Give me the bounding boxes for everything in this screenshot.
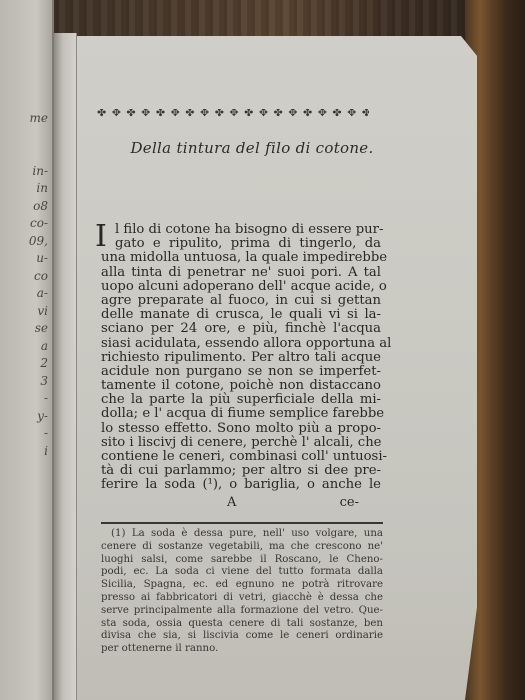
footnote-rule (101, 522, 383, 524)
facing-fragment: y- (0, 408, 48, 426)
footnote-line: (1) La soda è dessa pure, nell' uso volg… (101, 528, 383, 541)
ornament-border-icon: ✤ ✥ ✤ ✥ ✤ ✥ ✤ ✥ ✤ ✥ ✤ ✥ ✤ ✥ ✤ ✥ ✤ ✥ ✤ ✥ … (97, 109, 369, 129)
facing-fragment: i (0, 443, 48, 461)
body-line: uopo alcuni adoperano dell' acque acide,… (101, 280, 381, 294)
body-line: richiesto ripulimento. Per altro tali ac… (101, 351, 381, 365)
footnote-line: serve principalmente alla formazione del… (101, 605, 383, 618)
footnote-line: per ottenerne il ranno. (101, 643, 383, 656)
footnote-line: presso ai fabbricatori di vetri, giacchè… (101, 592, 383, 605)
body-line: alla tinta di penetrar ne' suoi pori. A … (101, 266, 381, 280)
body-text: I l filo di cotone ha bisogno di essere … (101, 223, 381, 493)
footnote-line: sta soda, ossia questa cenere di tali so… (101, 618, 383, 631)
binding-gutter (54, 33, 77, 700)
body-line: delle manate di crusca, le quali vi si l… (101, 308, 381, 322)
drop-cap: I (95, 224, 107, 250)
body-line: siasi acidulata, essendo allora opportun… (101, 337, 381, 351)
body-line: che la parte la più superficiale della m… (101, 393, 381, 407)
body-line: contiene le ceneri, combinasi coll' untu… (101, 450, 381, 464)
facing-fragment: - (0, 425, 48, 443)
facing-fragment: in- (0, 163, 48, 181)
body-line: dolla; e l' acqua di fiume semplice fare… (101, 407, 381, 421)
facing-fragment: in (0, 180, 48, 198)
footnote-line: podi, ec. La soda ci viene del tutto for… (101, 566, 383, 579)
facing-fragment: me (0, 110, 48, 128)
facing-fragment: - (0, 390, 48, 408)
body-line: sito i liscivj di cenere, perchè l' alca… (101, 436, 381, 450)
facing-fragment (0, 145, 48, 163)
footnote-line: Sicilia, Spagna, ec. ed egnuno ne potrà … (101, 579, 383, 592)
body-line: gato e ripulito, prima di tingerlo, da (101, 237, 381, 251)
facing-fragment: vi (0, 303, 48, 321)
footnote-line: divisa che sia, si liscivia come le cene… (101, 630, 383, 643)
facing-page-edge: me in- in o8 co- 09, u- co a- vi se a 2 … (0, 0, 54, 700)
body-line: lo stesso effetto. Sono molto più a prop… (101, 422, 381, 436)
body-line: acidule non purgano se non se imperfet- (101, 365, 381, 379)
catchword: ce- (340, 495, 359, 510)
footnote: (1) La soda è dessa pure, nell' uso volg… (101, 528, 383, 656)
body-line: agre preparate al fuoco, in cui si getta… (101, 294, 381, 308)
facing-fragment: u- (0, 250, 48, 268)
facing-fragment: 09, (0, 233, 48, 251)
facing-fragment: a- (0, 285, 48, 303)
footnote-line: cenere di sostanze vegetabili, ma che cr… (101, 541, 383, 554)
body-line: l filo di cotone ha bisogno di essere pu… (101, 223, 381, 237)
book-page: ✤ ✥ ✤ ✥ ✤ ✥ ✤ ✥ ✤ ✥ ✤ ✥ ✤ ✥ ✤ ✥ ✤ ✥ ✤ ✥ … (77, 36, 477, 700)
facing-page-text: me in- in o8 co- 09, u- co a- vi se a 2 … (0, 110, 48, 460)
section-heading: Della tintura del filo di cotone. (77, 139, 427, 157)
signature-mark: A (227, 495, 236, 510)
body-line: tà di cui parlammo; per altro si dee pre… (101, 464, 381, 478)
body-line: ferire la soda (¹), o bariglia, o anche … (101, 478, 381, 492)
footnote-line: luoghi salsi, come sarebbe il Roscano, l… (101, 554, 383, 567)
body-line: sciano per 24 ore, e più, finchè l'acqua (101, 322, 381, 336)
body-line: una midolla untuosa, la quale impedirebb… (101, 251, 381, 265)
facing-fragment: 3 (0, 373, 48, 391)
facing-fragment: se (0, 320, 48, 338)
body-line: tamente il cotone, poichè non distaccano (101, 379, 381, 393)
facing-fragment (0, 128, 48, 146)
facing-fragment: a (0, 338, 48, 356)
facing-fragment: co (0, 268, 48, 286)
facing-fragment: 2 (0, 355, 48, 373)
facing-fragment: o8 (0, 198, 48, 216)
facing-fragment: co- (0, 215, 48, 233)
